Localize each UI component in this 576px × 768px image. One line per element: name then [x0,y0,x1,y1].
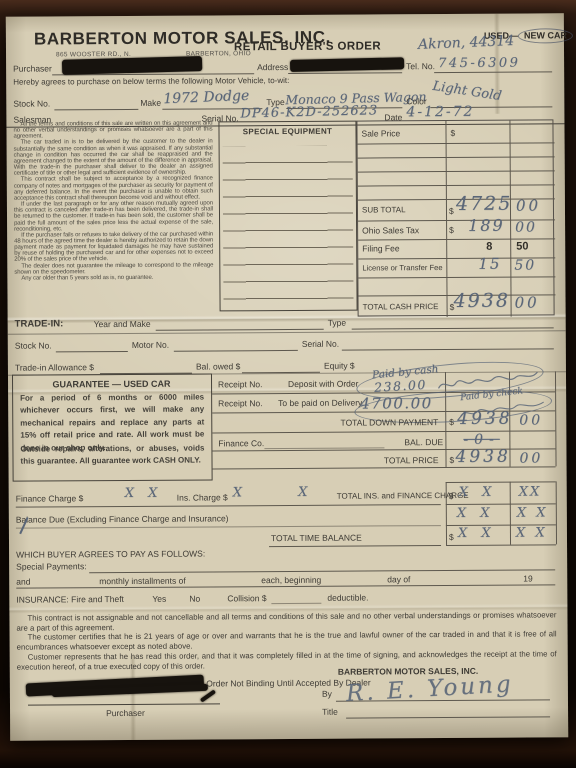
blank-line [174,350,298,352]
make-label: Make [140,98,161,108]
guarantee-box: GUARANTEE — USED CAR For a period of 6 m… [12,373,213,481]
row-divider [8,330,566,334]
redaction-tail [200,689,216,702]
total-time-balance-label: TOTAL TIME BALANCE [271,533,362,544]
filing-fee-cents: 50 [516,241,528,253]
trade-serial-label: Serial No. [302,339,339,349]
grid-line [213,466,556,469]
deposit-with-order-label: Deposit with Order [288,379,358,389]
insurance-no: No [189,594,200,604]
grid-line [212,430,555,433]
form-title: RETAIL BUYER'S ORDER [234,40,381,53]
trade-motor-label: Motor No. [132,340,169,350]
handwritten-sub-total-cents: 00 [516,196,541,214]
dollar-sign: $ [449,455,454,465]
year-make-blank [156,329,324,331]
handwritten-x-ins: X X [233,485,334,501]
to-be-paid-label: To be paid on Delivery [278,398,362,409]
handwritten-x-time-cents: X X [516,525,548,540]
handwritten-date: 4-12-72 [406,104,474,120]
trade-stock-label: Stock No. [15,340,52,350]
trade-type-label: Type [328,318,346,328]
dollar-sign: $ [450,128,455,138]
year-19-label: 19 [523,574,533,584]
terms-paragraph: Any car older than 5 years sold as is, n… [14,274,213,281]
agreement-line: Hereby agrees to purchase on below terms… [13,76,289,87]
handwritten-x-time: X X [458,526,496,541]
handwritten-total-price: 4938 [455,447,510,467]
handwritten-color: Light Gold [432,79,503,104]
dollar-sign: $ [449,491,454,501]
deductible-label: deductible. [327,593,368,603]
allowance-label: Trade-in Allowance $ [15,362,94,372]
grid-line [446,544,556,546]
row-underline [16,525,441,529]
dollar-sign: $ [449,417,454,427]
by-label: By [322,689,332,699]
receipt-no-label-2: Receipt No. [218,398,262,408]
buyer-agrees-line: WHICH BUYER AGREES TO PAY AS FOLLOWS: [16,549,205,560]
dollar-sign: $ [449,225,454,235]
row-line [358,184,555,186]
row-line [358,170,555,172]
tel-blank-line [434,71,552,73]
special-equipment-box: SPECIAL EQUIPMENT [218,121,357,312]
handwritten-x-total-ins-cents: XX [519,484,542,499]
terms-paragraph: If under the last paragraph or for any o… [14,200,213,232]
row-underline [269,545,441,547]
purchaser-signature-label: Purchaser [106,708,145,718]
stock-no-label: Stock No. [13,98,50,108]
day-of-label: day of [387,574,410,584]
handwritten-x-balance: X X [457,506,495,521]
sub-total-label: SUB TOTAL [362,205,406,214]
bal-owed-label: Bal. owed $ [196,361,240,371]
finance-charge-label: Finance Charge $ [16,493,84,503]
terms-paragraph: The car traded in is to be delivered by … [14,139,213,177]
balance-due-label: Balance Due (Excluding Finance Charge an… [16,513,229,524]
stock-no-blank [54,109,138,111]
collision-label: Collision $ [227,593,266,603]
price-table: Sale Price $ SUB TOTAL $ 4725 00 Ohio Sa… [356,119,554,316]
dollar-sign: $ [449,206,454,216]
total-down-payment-label: TOTAL DOWN PAYMENT [288,417,438,428]
license-fee-label: License or Transfer Fee [362,263,442,272]
finance-co-label: Finance Co. [218,438,264,448]
guarantee-title: GUARANTEE — USED CAR [13,378,210,389]
handwritten-bal-due-zero: -0- [463,432,499,448]
terms-paragraph: All the terms and conditions of this sal… [13,120,212,140]
contract-text: This contract is not assignable and not … [16,610,556,672]
total-price-label: TOTAL PRICE [338,455,438,466]
grid-line [556,481,557,544]
special-equipment-ruled-lines [223,146,354,309]
handwritten-make: 1972 Dodge [163,88,250,108]
handwritten-delivery-amount: 4700.00 [360,394,433,412]
insurance-yes: Yes [152,594,166,604]
trade-in-title: TRADE-IN: [15,318,64,329]
sales-tax-label: Ohio Sales Tax [362,225,419,235]
special-payments-label: Special Payments: [16,561,86,571]
year-make-label: Year and Make [94,319,151,329]
monthly-installments-label: monthly installments of [99,576,186,587]
redaction-bar-address [290,57,404,72]
total-cash-price-label: TOTAL CASH PRICE [363,302,439,311]
insurance-label: INSURANCE: Fire and Theft [16,594,124,605]
bal-due-label: BAL. DUE [404,437,443,447]
tel-label: Tel. No. [406,61,435,71]
handwritten-down-payment: 4938 [457,409,512,429]
row-line [358,142,555,144]
and-label: and [16,577,30,587]
purchaser-label: Purchaser [13,63,52,73]
address-label: Address [257,62,288,72]
handwritten-serial: DP46-K2D-252623 [240,103,378,121]
equity-label: Equity $ [324,361,355,371]
handwritten-tel-number: 745-6309 [438,56,520,72]
blank-line [89,569,555,573]
trade-type-blank [352,327,554,329]
filing-fee-label: Filing Fee [362,243,399,253]
special-equipment-title: SPECIAL EQUIPMENT [219,127,355,137]
handwritten-total-cash-cents: 00 [514,293,539,311]
terms-paragraph: This contract shall be subject to accept… [14,176,213,202]
blank-line [342,348,554,350]
receipt-no-label: Receipt No. [218,379,262,389]
guarantee-paragraph-2: Outside repairs, alterations, or abuses,… [20,443,204,469]
title-label: Title [322,707,338,717]
handwritten-total-price-cents: 00 [519,450,543,466]
title-line [346,716,550,718]
blank-line [56,351,128,352]
purchaser-signature-line [28,703,220,705]
grid-line [510,482,511,545]
handwritten-sales-tax-cents: 00 [515,219,537,235]
not-binding-line: This Order Not Binding Until Accepted By… [188,677,371,688]
dollar-sign: $ [449,532,454,542]
handwritten-x-total-ins: X X [459,485,497,500]
redaction-bar-purchaser [62,56,202,75]
handwritten-sales-tax: 189 [468,216,505,235]
handwritten-down-payment-cents: 00 [519,412,543,428]
filing-fee-dollars: 8 [486,241,492,253]
terms-and-conditions: All the terms and conditions of this sal… [13,120,213,281]
address-blank-line [288,72,402,74]
terms-paragraph: If the purchaser fails or refuses to tak… [14,231,213,263]
handwritten-total-cash: 4938 [453,290,509,312]
handwritten-deposit-amount: 238.00 [374,377,428,395]
handwritten-x-finance: X X [125,486,163,501]
handwritten-sub-total: 4725 [456,193,512,215]
row-line [358,276,555,278]
ins-charge-label: Ins. Charge $ [177,492,228,502]
handwritten-license-fee-cents: 50 [514,257,536,273]
row-line [358,156,555,158]
row-underline [16,504,441,508]
handwritten-x-balance-cents: X X [517,505,549,520]
retail-buyers-order-document: BARBERTON MOTOR SALES, INC. 865 WOOSTER … [6,13,568,740]
handwritten-license-fee: 15 [478,255,501,273]
each-beginning-label: each, beginning [261,575,321,585]
sale-price-label: Sale Price [361,128,400,138]
grid-line [446,481,556,483]
